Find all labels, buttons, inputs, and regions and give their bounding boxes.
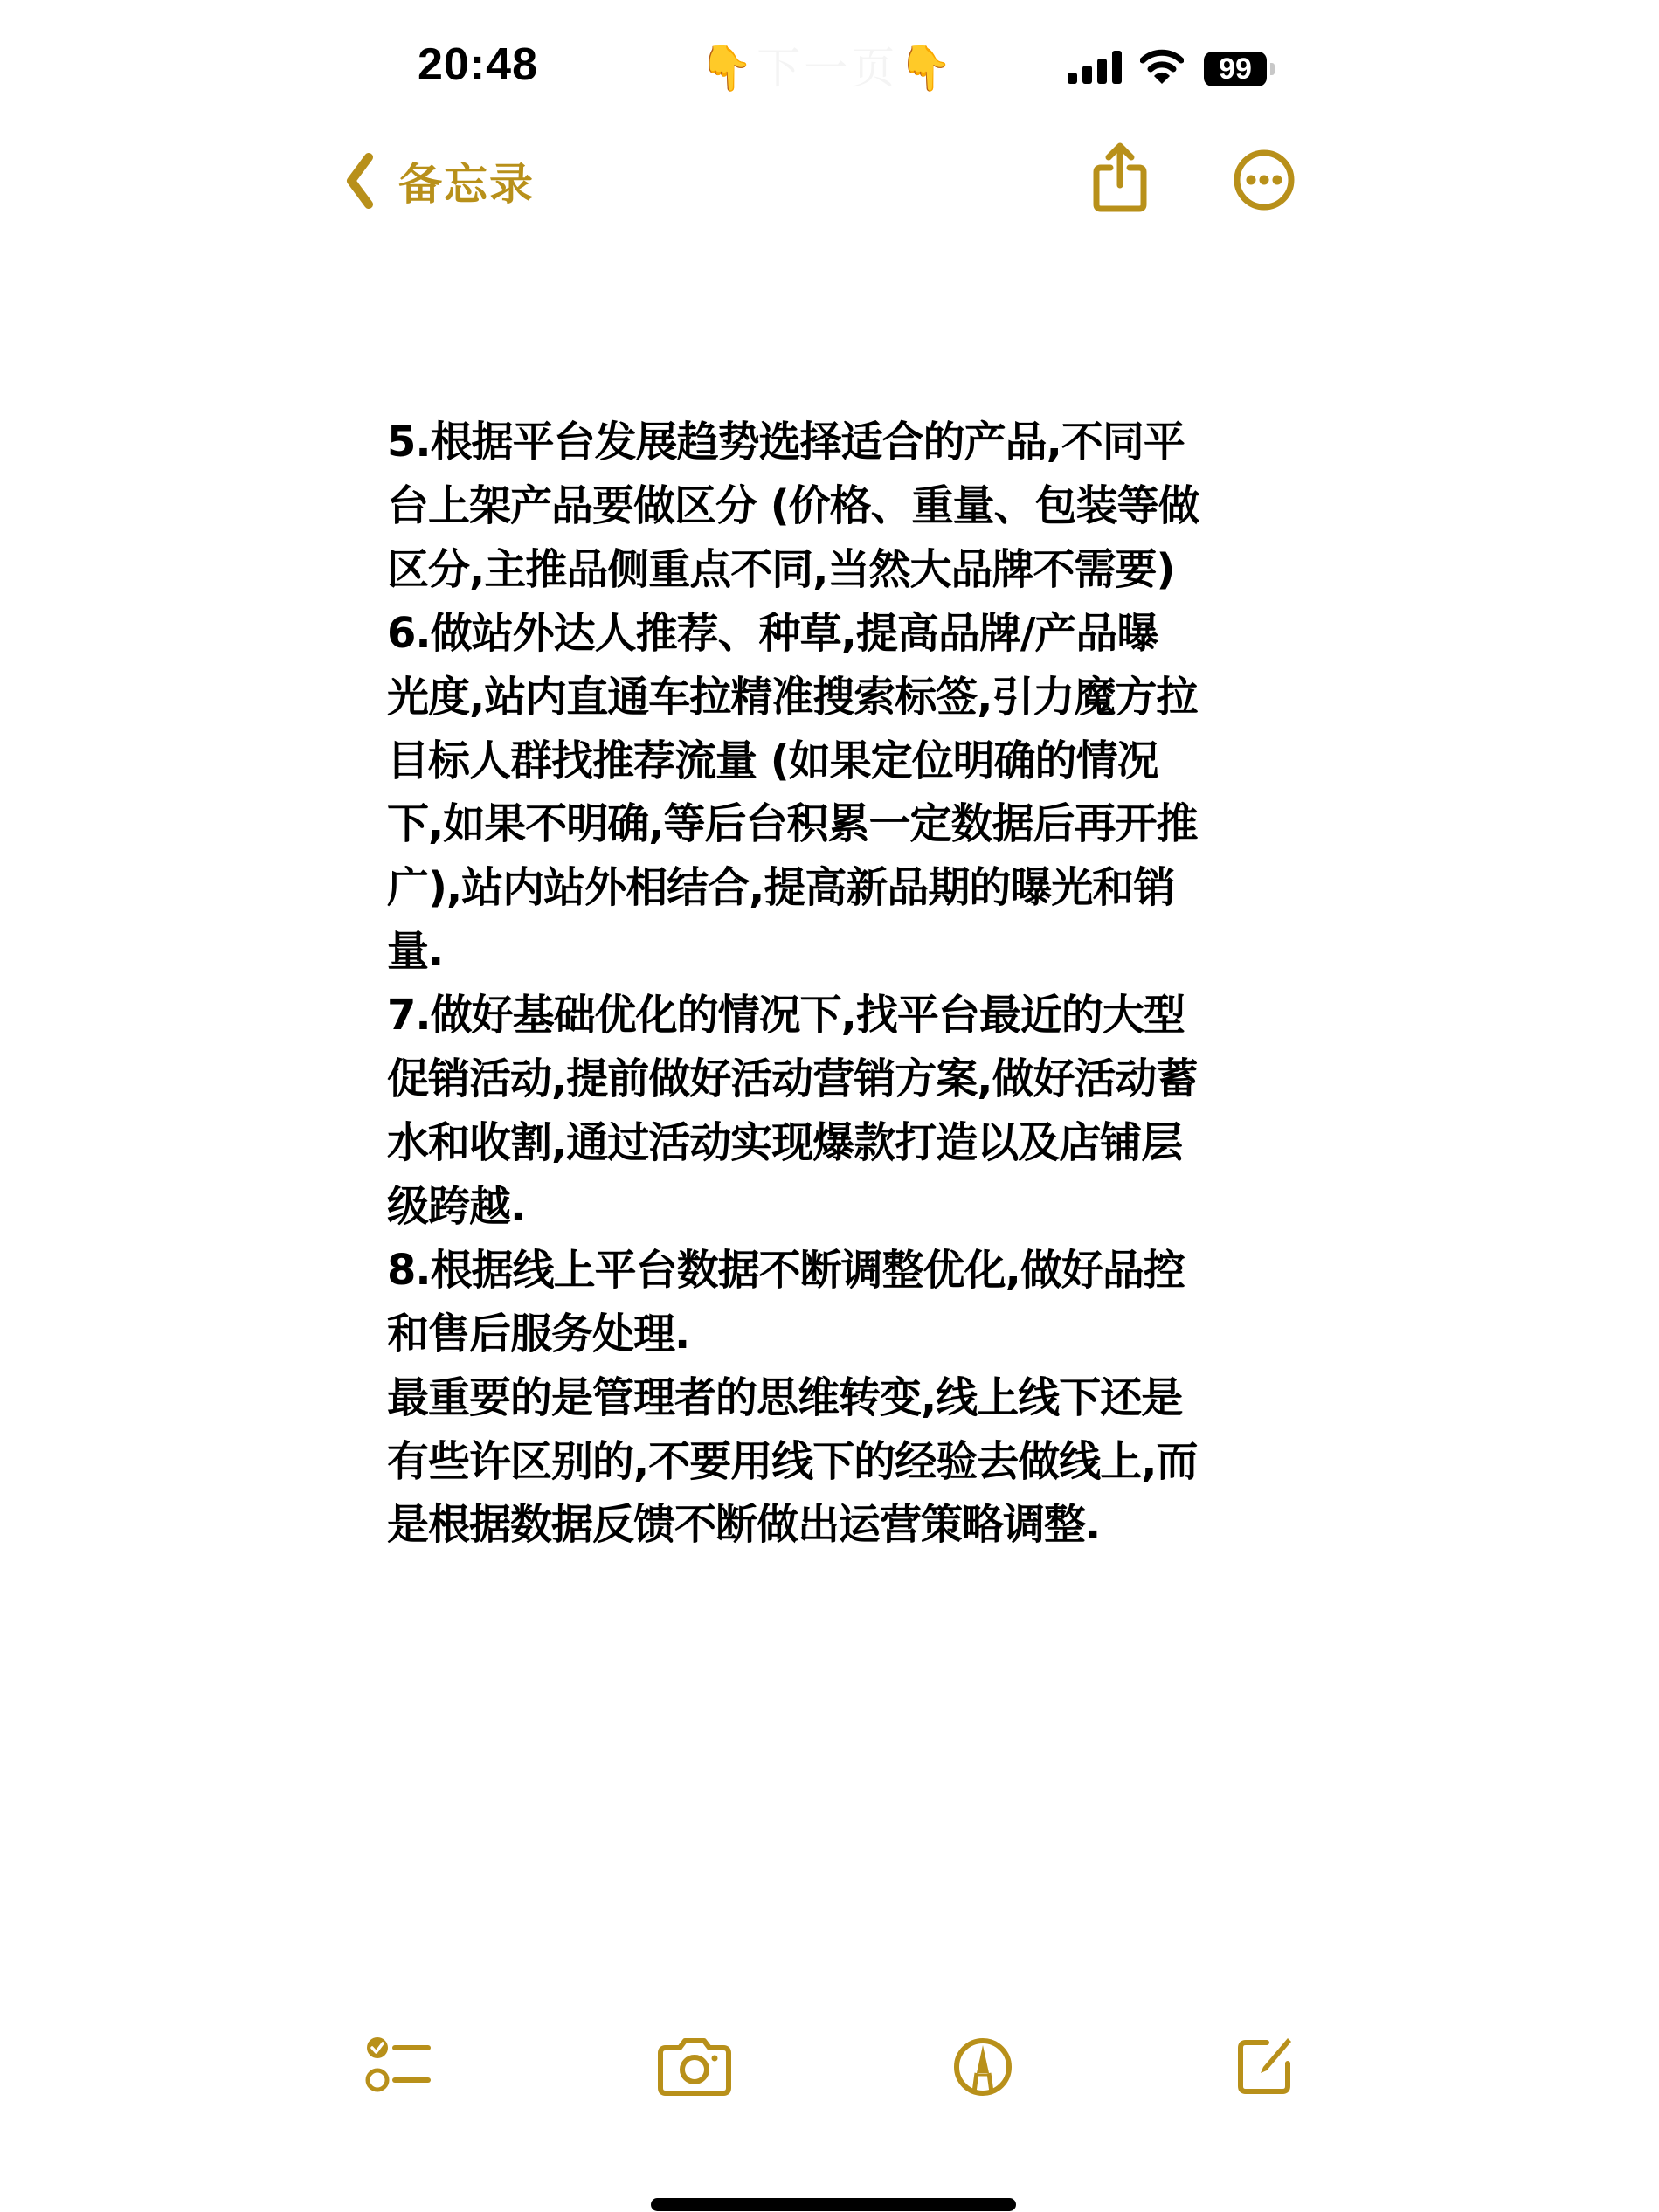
note-line: 最重要的是管理者的思维转变,线上线下还是: [387, 1366, 1287, 1430]
cellular-signal-icon: [1068, 51, 1122, 84]
home-indicator[interactable]: [651, 2198, 1016, 2211]
note-line: 下,如果不明确,等后台积累一定数据后再开推: [387, 792, 1287, 856]
note-line: 光度,站内直通车拉精准搜索标签,引力魔方拉: [387, 666, 1287, 729]
note-line: 促销活动,提前做好活动营销方案,做好活动蓄: [387, 1047, 1287, 1111]
watermark-next-page: 👇下一页👇: [699, 33, 957, 96]
note-line: 是根据数据反馈不断做出运营策略调整.: [387, 1493, 1287, 1557]
note-line: 7.做好基础优化的情况下,找平台最近的大型: [387, 984, 1287, 1047]
note-line: 级跨越.: [387, 1175, 1287, 1239]
share-icon[interactable]: [1092, 142, 1148, 213]
note-line: 和售后服务处理.: [387, 1303, 1287, 1366]
note-line: 广),站内站外相结合,提高新品期的曝光和销: [387, 856, 1287, 920]
pointing-down-emoji: 👇: [898, 43, 956, 93]
back-label: 备忘录: [398, 149, 535, 212]
note-line: 有些许区别的,不要用线下的经验去做线上,而: [387, 1430, 1287, 1494]
note-line: 目标人群找推荐流量 (如果定位明确的情况: [387, 729, 1287, 793]
markup-pen-icon[interactable]: [952, 2036, 1013, 2098]
note-line: 水和收割,通过活动实现爆款打造以及店铺层: [387, 1111, 1287, 1175]
note-line: 5.根据平台发展趋势选择适合的产品,不同平: [387, 411, 1287, 474]
battery-tip: [1270, 63, 1275, 75]
checklist-icon[interactable]: [365, 2036, 435, 2097]
note-line: 量.: [387, 920, 1287, 984]
pointing-down-emoji: 👇: [699, 43, 757, 93]
status-time: 20:48: [418, 38, 538, 91]
camera-icon[interactable]: [657, 2036, 732, 2097]
wifi-icon: [1140, 48, 1184, 85]
more-ellipsis-icon[interactable]: [1233, 149, 1296, 211]
note-line: 8.根据线上平台数据不断调整优化,做好品控: [387, 1239, 1287, 1303]
note-body[interactable]: 5.根据平台发展趋势选择适合的产品,不同平 台上架产品要做区分 (价格、重量、包…: [387, 411, 1287, 1557]
compose-icon[interactable]: [1235, 2034, 1296, 2095]
back-button-notes[interactable]: 备忘录: [342, 150, 535, 211]
battery-icon: 99: [1204, 52, 1267, 86]
watermark-text: 下一页: [757, 43, 898, 93]
note-line: 台上架产品要做区分 (价格、重量、包装等做: [387, 474, 1287, 538]
note-line: 6.做站外达人推荐、种草,提高品牌/产品曝: [387, 602, 1287, 666]
chevron-left-icon: [342, 152, 377, 210]
note-line: 区分,主推品侧重点不同,当然大品牌不需要): [387, 538, 1287, 602]
